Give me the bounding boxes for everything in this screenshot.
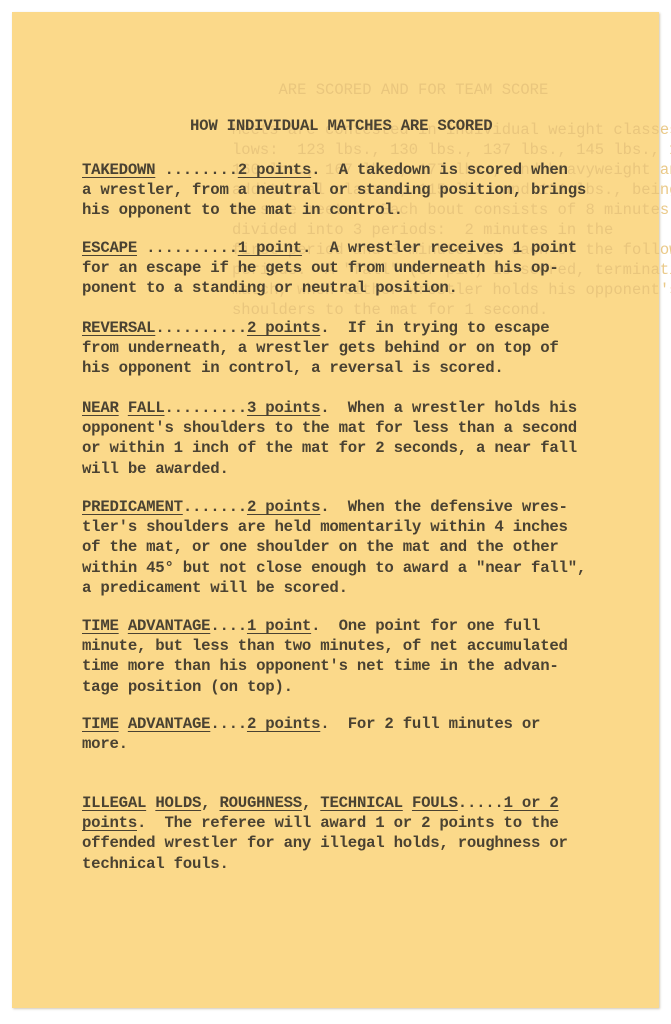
rule-description-line: will be awarded. (82, 459, 642, 479)
rule-points: 2 points (247, 498, 320, 516)
rule-description-line: minute, but less than two minutes, of ne… (82, 636, 642, 656)
rule-name: TIME (82, 715, 119, 733)
rule-name: ADVANTAGE (128, 617, 210, 635)
rule-name: FALL (128, 399, 165, 417)
rule-description-line: for an escape if he gets out from undern… (82, 258, 642, 278)
rule-heading-line: TIME ADVANTAGE....1 point. One point for… (82, 616, 642, 636)
rule-description-line: from underneath, a wrestler gets behind … (82, 338, 642, 358)
scoring-rule: ESCAPE ..........1 point. A wrestler rec… (82, 238, 642, 299)
rule-heading-line: TAKEDOWN ........2 points. A takedown is… (82, 160, 642, 180)
scoring-rule: NEAR FALL.........3 points. When a wrest… (82, 398, 642, 479)
rule-heading-line: REVERSAL..........2 points. If in trying… (82, 318, 642, 338)
rule-description-line: ponent to a standing or neutral position… (82, 278, 642, 298)
rule-description-line: tler's shoulders are held momentarily wi… (82, 517, 642, 537)
rule-points: 2 points (247, 715, 320, 733)
rule-name: TAKEDOWN (82, 161, 155, 179)
bleed-through-line: divided into 3 periods: 2 minutes in the (232, 220, 652, 240)
rule-description-line: within 45° but not close enough to award… (82, 558, 642, 578)
rule-heading-line: ILLEGAL HOLDS, ROUGHNESS, TECHNICAL FOUL… (82, 793, 642, 813)
bleed-through-line: shoulders to the mat for 1 second. (232, 300, 652, 320)
rule-points: 3 points (247, 399, 320, 417)
rule-description-line: opponent's shoulders to the mat for less… (82, 418, 642, 438)
scoring-rule: TAKEDOWN ........2 points. A takedown is… (82, 160, 642, 221)
rule-name: ILLEGAL (82, 794, 146, 812)
rule-points: points (82, 814, 137, 832)
rule-points: 2 points (238, 161, 311, 179)
rule-name: REVERSAL (82, 319, 155, 337)
rule-points: 2 points (247, 319, 320, 337)
rule-name: TIME (82, 617, 119, 635)
rule-name: NEAR (82, 399, 119, 417)
bleed-through-line: lows: 123 lbs., 130 lbs., 137 lbs., 145 … (232, 140, 652, 160)
rule-name: FOULS (412, 794, 458, 812)
rule-description-line: a predicament will be scored. (82, 578, 642, 598)
rule-points: 1 point (238, 239, 302, 257)
rule-description-line: of the mat, or one shoulder on the mat a… (82, 537, 642, 557)
rule-description-line: offended wrestler for any illegal holds,… (82, 833, 642, 853)
rule-description-line: tage position (on top). (82, 677, 642, 697)
rule-description-line: time more than his opponent's net time i… (82, 656, 642, 676)
rule-description-line: points. The referee will award 1 or 2 po… (82, 813, 642, 833)
rule-description-line: technical fouls. (82, 854, 642, 874)
rule-description-line: a wrestler, from a neutral or standing p… (82, 180, 642, 200)
rule-name: HOLDS (155, 794, 201, 812)
rule-points: 1 or 2 (504, 794, 559, 812)
rule-heading-line: PREDICAMENT.......2 points. When the def… (82, 497, 642, 517)
scoring-rule: ILLEGAL HOLDS, ROUGHNESS, TECHNICAL FOUL… (82, 793, 642, 874)
rule-name: ADVANTAGE (128, 715, 210, 733)
rule-heading-line: ESCAPE ..........1 point. A wrestler rec… (82, 238, 642, 258)
bleed-through-line: ARE SCORED AND FOR TEAM SCORE (232, 80, 652, 100)
rule-description-line: or within 1 inch of the mat for 2 second… (82, 438, 642, 458)
rule-heading-line: TIME ADVANTAGE....2 points. For 2 full m… (82, 714, 642, 734)
rule-description-line: his opponent in control, a reversal is s… (82, 358, 642, 378)
rule-points: 1 point (247, 617, 311, 635)
scoring-rule: PREDICAMENT.......2 points. When the def… (82, 497, 642, 598)
rule-name: ESCAPE (82, 239, 137, 257)
rule-heading-line: NEAR FALL.........3 points. When a wrest… (82, 398, 642, 418)
rule-description-line: his opponent to the mat in control. (82, 200, 642, 220)
rule-name: ROUGHNESS (219, 794, 301, 812)
rule-description-line: more. (82, 734, 642, 754)
rule-name: TECHNICAL (320, 794, 402, 812)
rule-name: PREDICAMENT (82, 498, 183, 516)
scoring-rule: TIME ADVANTAGE....1 point. One point for… (82, 616, 642, 697)
scoring-rule: TIME ADVANTAGE....2 points. For 2 full m… (82, 714, 642, 754)
page-title: HOW INDIVIDUAL MATCHES ARE SCORED (190, 116, 492, 136)
scoring-rule: REVERSAL..........2 points. If in trying… (82, 318, 642, 379)
